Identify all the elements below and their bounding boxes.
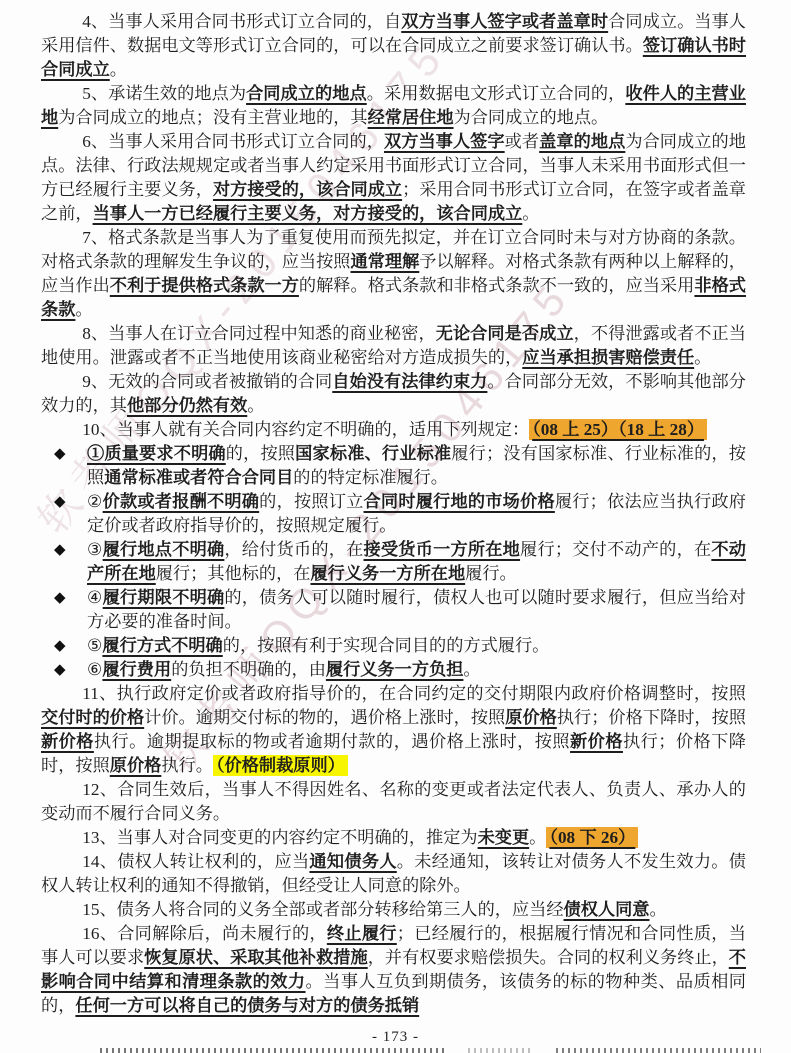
text-run: 原价格 — [110, 756, 162, 775]
bullet-text: ②价款或者报酬不明确的，按照订立合同时履行地的市场价格履行；依法应当执行政府定价… — [87, 490, 746, 538]
text-run: 他部分仍然有效 — [127, 396, 247, 415]
diamond-bullet-icon: ◆ — [41, 586, 87, 634]
text-run: 债权人同意 — [564, 900, 650, 919]
text-run: 交付时的价格 — [41, 708, 144, 727]
text-run: 6、当事人采用合同书形式订立合同的， — [82, 132, 384, 151]
text-run: 4、当事人采用合同书形式订立合同的，自 — [82, 12, 401, 31]
bullet-item: ◆③履行地点不明确，给付货币的，在接受货币一方所在地履行；交付不动产的，在不动产… — [41, 538, 746, 586]
bullet-item: ◆④履行期限不明确的，债务人可以随时履行，债权人也可以随时要求履行，但应当给对方… — [41, 586, 746, 634]
paragraph: 9、无效的合同或者被撤销的合同自始没有法律约束力。合同部分无效，不影响其他部分效… — [41, 370, 746, 418]
text-run: 原价格 — [505, 708, 557, 727]
text-run: 的负担不明确的，由 — [171, 660, 326, 679]
text-run: 自始没有法律约束力 — [332, 372, 487, 391]
bullet-text: ④履行期限不明确的，债务人可以随时履行，债权人也可以随时要求履行，但应当给对方必… — [87, 586, 746, 634]
text-run: 任何一方可以将自己的债务与对方的债务抵销 — [75, 996, 419, 1015]
text-run: 通常标准或者符合合同目 — [104, 468, 293, 487]
text-run: 9、无效的合同或者被撤销的合同 — [82, 372, 332, 391]
text-run: 履行期限不明确 — [103, 588, 225, 607]
paragraph: 5、承诺生效的地点为合同成立的地点。采用数据电文形式订立合同的，收件人的主营业地… — [41, 82, 746, 130]
text-run: 价款或者报酬不明确 — [103, 492, 260, 511]
text-run: ①质量要求不明确 — [87, 444, 226, 463]
bullet-text: ①质量要求不明确的，按照国家标准、行业标准履行；没有国家标准、行业标准的，按照通… — [87, 442, 746, 490]
text-run: ③ — [87, 540, 103, 559]
text-run: 不利于提供格式条款一方 — [110, 276, 299, 295]
text-run: 盖章的地点 — [539, 132, 625, 151]
paragraph: 15、债务人将合同的义务全部或者部分转移给第三人的，应当经债权人同意。 — [41, 898, 746, 922]
text-run: 履行。 — [465, 564, 517, 583]
paragraph: 4、当事人采用合同书形式订立合同的，自双方当事人签字或者盖章时合同成立。当事人采… — [41, 10, 746, 82]
text-run: 执行。逾期提取标的物或者逾期付款的，遇价格上涨时，按照 — [94, 732, 570, 751]
text-run: 。 — [522, 204, 539, 223]
text-run: 经常居住地 — [368, 108, 454, 127]
paragraph: 11、执行政府定价或者政府指导价的，在合同约定的交付期限内政府价格调整时，按照交… — [41, 682, 746, 778]
text-run: 新价格 — [570, 732, 623, 751]
text-run: ⑤ — [87, 636, 102, 655]
text-run: 履行方式不明确 — [102, 636, 222, 655]
diamond-bullet-icon: ◆ — [41, 658, 87, 682]
text-run: 对方接受的，该合同成立 — [213, 180, 402, 199]
text-run: 履行费用 — [102, 660, 171, 679]
text-run: 合同成立的地点 — [246, 84, 367, 103]
text-run: 履行地点不明确 — [103, 540, 225, 559]
text-run: 。 — [75, 300, 92, 319]
paragraph: 7、格式条款是当事人为了重复使用而预先拟定，并在订立合同时未与对方协商的条款。对… — [41, 226, 746, 322]
text-run: 无论合同是否成立 — [436, 324, 574, 343]
text-run: 的，按照 — [226, 444, 295, 463]
text-run: 10、当事人就有关合同内容约定不明确的，适用下列规定： — [82, 420, 529, 439]
text-run: 13、当事人对合同变更的内容约定不明确的，推定为 — [82, 828, 477, 847]
text-run: 通常理解 — [351, 252, 420, 271]
text-run: 履行义务一方所在地 — [310, 564, 465, 583]
paragraph: 10、当事人就有关合同内容约定不明确的，适用下列规定：（08 上 25）（18 … — [41, 418, 746, 442]
diamond-bullet-icon: ◆ — [41, 538, 87, 586]
text-run: 终止履行 — [327, 924, 397, 943]
highlighted-text-run: （08 下 26） — [546, 827, 638, 848]
text-run: 执行；价格下降时，按照 — [557, 708, 746, 727]
bullet-item: ◆①质量要求不明确的，按照国家标准、行业标准履行；没有国家标准、行业标准的，按照… — [41, 442, 746, 490]
paragraph: 14、债权人转让权利的，应当通知债务人。未经通知，该转让对债务人不发生效力。债权… — [41, 850, 746, 898]
text-run: 合同时履行地的市场价格 — [364, 492, 555, 511]
text-run: 履行义务一方负担 — [326, 660, 464, 679]
bullet-item: ◆⑤履行方式不明确的，按照有利于实现合同目的的方式履行。 — [41, 634, 746, 658]
text-run: 国家标准、行业标准 — [295, 444, 451, 463]
paragraph: 8、当事人在订立合同过程中知悉的商业秘密，无论合同是否成立，不得泄露或者不正当地… — [41, 322, 746, 370]
text-run: 。 — [694, 348, 711, 367]
diamond-bullet-icon: ◆ — [41, 442, 87, 490]
text-run: 的，按照订立 — [259, 492, 363, 511]
text-run: 当事人一方已经履行主要义务，对方接受的，该合同成立 — [93, 204, 523, 223]
text-run: ⑥ — [87, 660, 102, 679]
text-run: 。 — [529, 828, 546, 847]
text-run: 恢复原状、采取其他补救措施 — [144, 948, 368, 967]
text-run: 执行。 — [161, 756, 213, 775]
bullet-text: ⑤履行方式不明确的，按照有利于实现合同目的的方式履行。 — [87, 634, 746, 658]
text-run: 接受货币一方所在地 — [364, 540, 521, 559]
text-run: 计价。逾期交付标的物的，遇价格上涨时，按照 — [144, 708, 505, 727]
text-run: 的解释。格式条款和非格式条款不一致的，应当采用 — [299, 276, 694, 295]
text-run: 的，按照有利于实现合同目的的方式履行。 — [223, 636, 550, 655]
text-run: 通知债务人 — [309, 852, 396, 871]
text-run: 。 — [110, 60, 127, 79]
text-run: ④ — [87, 588, 103, 607]
text-run: 。 — [649, 900, 666, 919]
text-run: 的的特定标准履行。 — [293, 468, 448, 487]
bullet-item: ◆②价款或者报酬不明确的，按照订立合同时履行地的市场价格履行；依法应当执行政府定… — [41, 490, 746, 538]
text-run: 未变更 — [478, 828, 530, 847]
bullet-text: ⑥履行费用的负担不明确的，由履行义务一方负担。 — [87, 658, 746, 682]
paragraph: 16、合同解除后，尚未履行的，终止履行；已经履行的，根据履行情况和合同性质，当事… — [41, 922, 746, 1018]
text-run: 应当承担损害赔偿责任 — [522, 348, 694, 367]
text-run: 16、合同解除后，尚未履行的， — [82, 924, 327, 943]
bullet-item: ◆⑥履行费用的负担不明确的，由履行义务一方负担。 — [41, 658, 746, 682]
diamond-bullet-icon: ◆ — [41, 634, 87, 658]
document-body: 4、当事人采用合同书形式订立合同的，自双方当事人签字或者盖章时合同成立。当事人采… — [41, 10, 746, 1018]
paragraph: 6、当事人采用合同书形式订立合同的，双方当事人签字或者盖章的地点为合同成立的地点… — [41, 130, 746, 226]
paragraph: 12、合同生效后，当事人不得因姓名、名称的变更或者法定代表人、负责人、承办人的变… — [41, 778, 746, 826]
highlighted-text-run: （价格制裁原则） — [213, 755, 348, 776]
cutoff-text-strip — [468, 1048, 530, 1053]
text-run: 11、执行政府定价或者政府指导价的，在合同约定的交付期限内政府价格调整时，按照 — [82, 684, 746, 703]
bullet-text: ③履行地点不明确，给付货币的，在接受货币一方所在地履行；交付不动产的，在不动产所… — [87, 538, 746, 586]
text-run: 14、债权人转让权利的，应当 — [82, 852, 309, 871]
cutoff-text-strip — [556, 1048, 761, 1053]
text-run: 履行；其他标的，在 — [156, 564, 311, 583]
cutoff-text-strip — [100, 1048, 445, 1053]
text-run: 。 — [463, 660, 480, 679]
text-run: 双方当事人签字或者盖章时 — [401, 12, 608, 31]
text-run: 12、合同生效后，当事人不得因姓名、名称的变更或者法定代表人、负责人、承办人的变… — [41, 780, 746, 823]
text-run: 。 — [247, 396, 264, 415]
paragraph: 13、当事人对合同变更的内容约定不明确的，推定为未变更。（08 下 26） — [41, 826, 746, 850]
text-run: 为合同成立的地点；没有主营业地的，其 — [58, 108, 367, 127]
text-run: ，并有权要求赔偿损失。合同的权利义务终止， — [368, 948, 729, 967]
text-run: ② — [87, 492, 103, 511]
text-run: 履行；交付不动产的，在 — [520, 540, 711, 559]
page-number: - 173 - — [0, 1029, 791, 1046]
text-run: 新价格 — [41, 732, 94, 751]
text-run: 为合同成立的地点。 — [454, 108, 609, 127]
text-run: ，给付货币的，在 — [224, 540, 363, 559]
diamond-bullet-icon: ◆ — [41, 490, 87, 538]
text-run: 8、当事人在订立合同过程中知悉的商业秘密， — [82, 324, 435, 343]
highlighted-text-run: （08 上 25）（18 上 28） — [529, 419, 707, 440]
text-run: 。采用数据电文形式订立合同的， — [367, 84, 626, 103]
text-run: 5、承诺生效的地点为 — [82, 84, 246, 103]
text-run: 或者 — [505, 132, 539, 151]
text-run: 双方当事人签字 — [384, 132, 505, 151]
text-run: 15、债务人将合同的义务全部或者部分转移给第三人的，应当经 — [82, 900, 563, 919]
